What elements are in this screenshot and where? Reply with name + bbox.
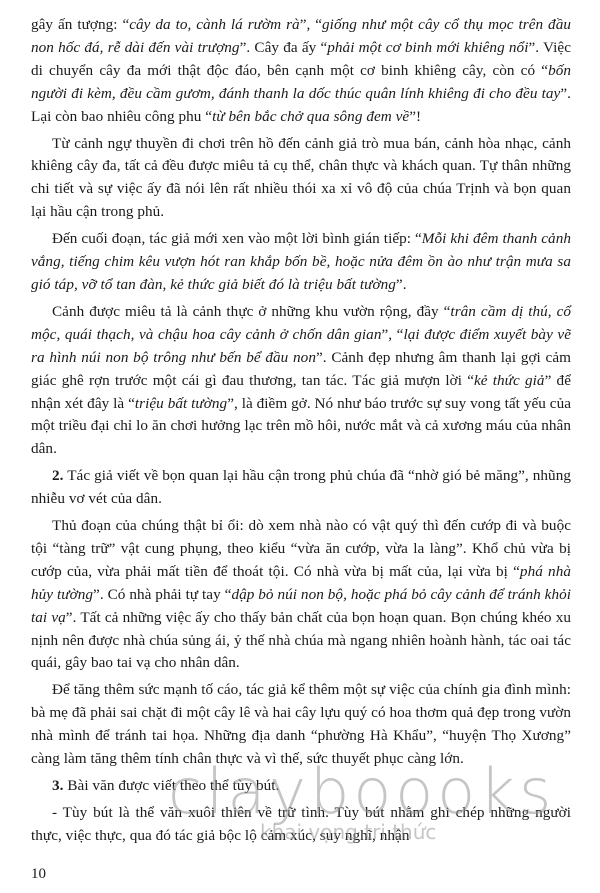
text-run: ”. Có nhà phải tự tay “: [93, 586, 231, 603]
section-number: 3.: [52, 777, 64, 794]
paragraph: 3. Bài văn được viết theo thể tùy bút.: [31, 775, 571, 798]
text-run: ”, “: [381, 326, 403, 343]
text-run: ”!: [409, 108, 421, 125]
paragraph: Từ cảnh ngự thuyền đi chơi trên hồ đến c…: [31, 133, 571, 225]
section-number: 2.: [52, 467, 64, 484]
quotation: từ bên bắc chở qua sông đem về: [212, 108, 409, 125]
text-run: ”, “: [300, 16, 322, 33]
quotation: kẻ thức giả: [474, 372, 545, 389]
quotation: phải một cơ binh mới khiêng nổi: [327, 39, 528, 56]
text-run: Bài văn được viết theo thể tùy bút.: [64, 777, 280, 794]
text-run: Thủ đoạn của chúng thật bỉ ổi: dò xem nh…: [31, 517, 571, 580]
text-run: ”. Tất cả những việc ấy cho thấy bản chấ…: [31, 609, 571, 672]
text-run: Cảnh được miêu tả là cảnh thực ở những k…: [52, 303, 450, 320]
paragraph: gây ấn tượng: “cây da to, cành lá rườm r…: [31, 14, 571, 129]
quotation: triệu bất tường: [135, 395, 227, 412]
text-run: ”. Cây đa ấy “: [240, 39, 328, 56]
text-run: ”.: [396, 276, 407, 293]
paragraph: - Tùy bút là thể văn xuôi thiên về trữ t…: [31, 802, 571, 848]
paragraph: Đến cuối đoạn, tác giả mới xen vào một l…: [31, 228, 571, 297]
page-number: 10: [31, 866, 46, 883]
body-text: gây ấn tượng: “cây da to, cành lá rườm r…: [31, 14, 571, 848]
paragraph: Để tăng thêm sức mạnh tố cáo, tác giả kể…: [31, 679, 571, 771]
quotation: cây da to, cành lá rườm rà: [129, 16, 299, 33]
document-page: gây ấn tượng: “cây da to, cành lá rườm r…: [31, 14, 571, 852]
text-run: gây ấn tượng: “: [31, 16, 129, 33]
text-run: - Tùy bút là thể văn xuôi thiên về trữ t…: [31, 804, 571, 844]
text-run: Để tăng thêm sức mạnh tố cáo, tác giả kể…: [31, 681, 571, 767]
text-run: Đến cuối đoạn, tác giả mới xen vào một l…: [52, 230, 422, 247]
text-run: Tác giả viết về bọn quan lại hầu cận tro…: [31, 467, 571, 507]
paragraph: Cảnh được miêu tả là cảnh thực ở những k…: [31, 301, 571, 461]
paragraph: 2. Tác giả viết về bọn quan lại hầu cận …: [31, 465, 571, 511]
text-run: Từ cảnh ngự thuyền đi chơi trên hồ đến c…: [31, 135, 571, 221]
paragraph: Thủ đoạn của chúng thật bỉ ổi: dò xem nh…: [31, 515, 571, 675]
